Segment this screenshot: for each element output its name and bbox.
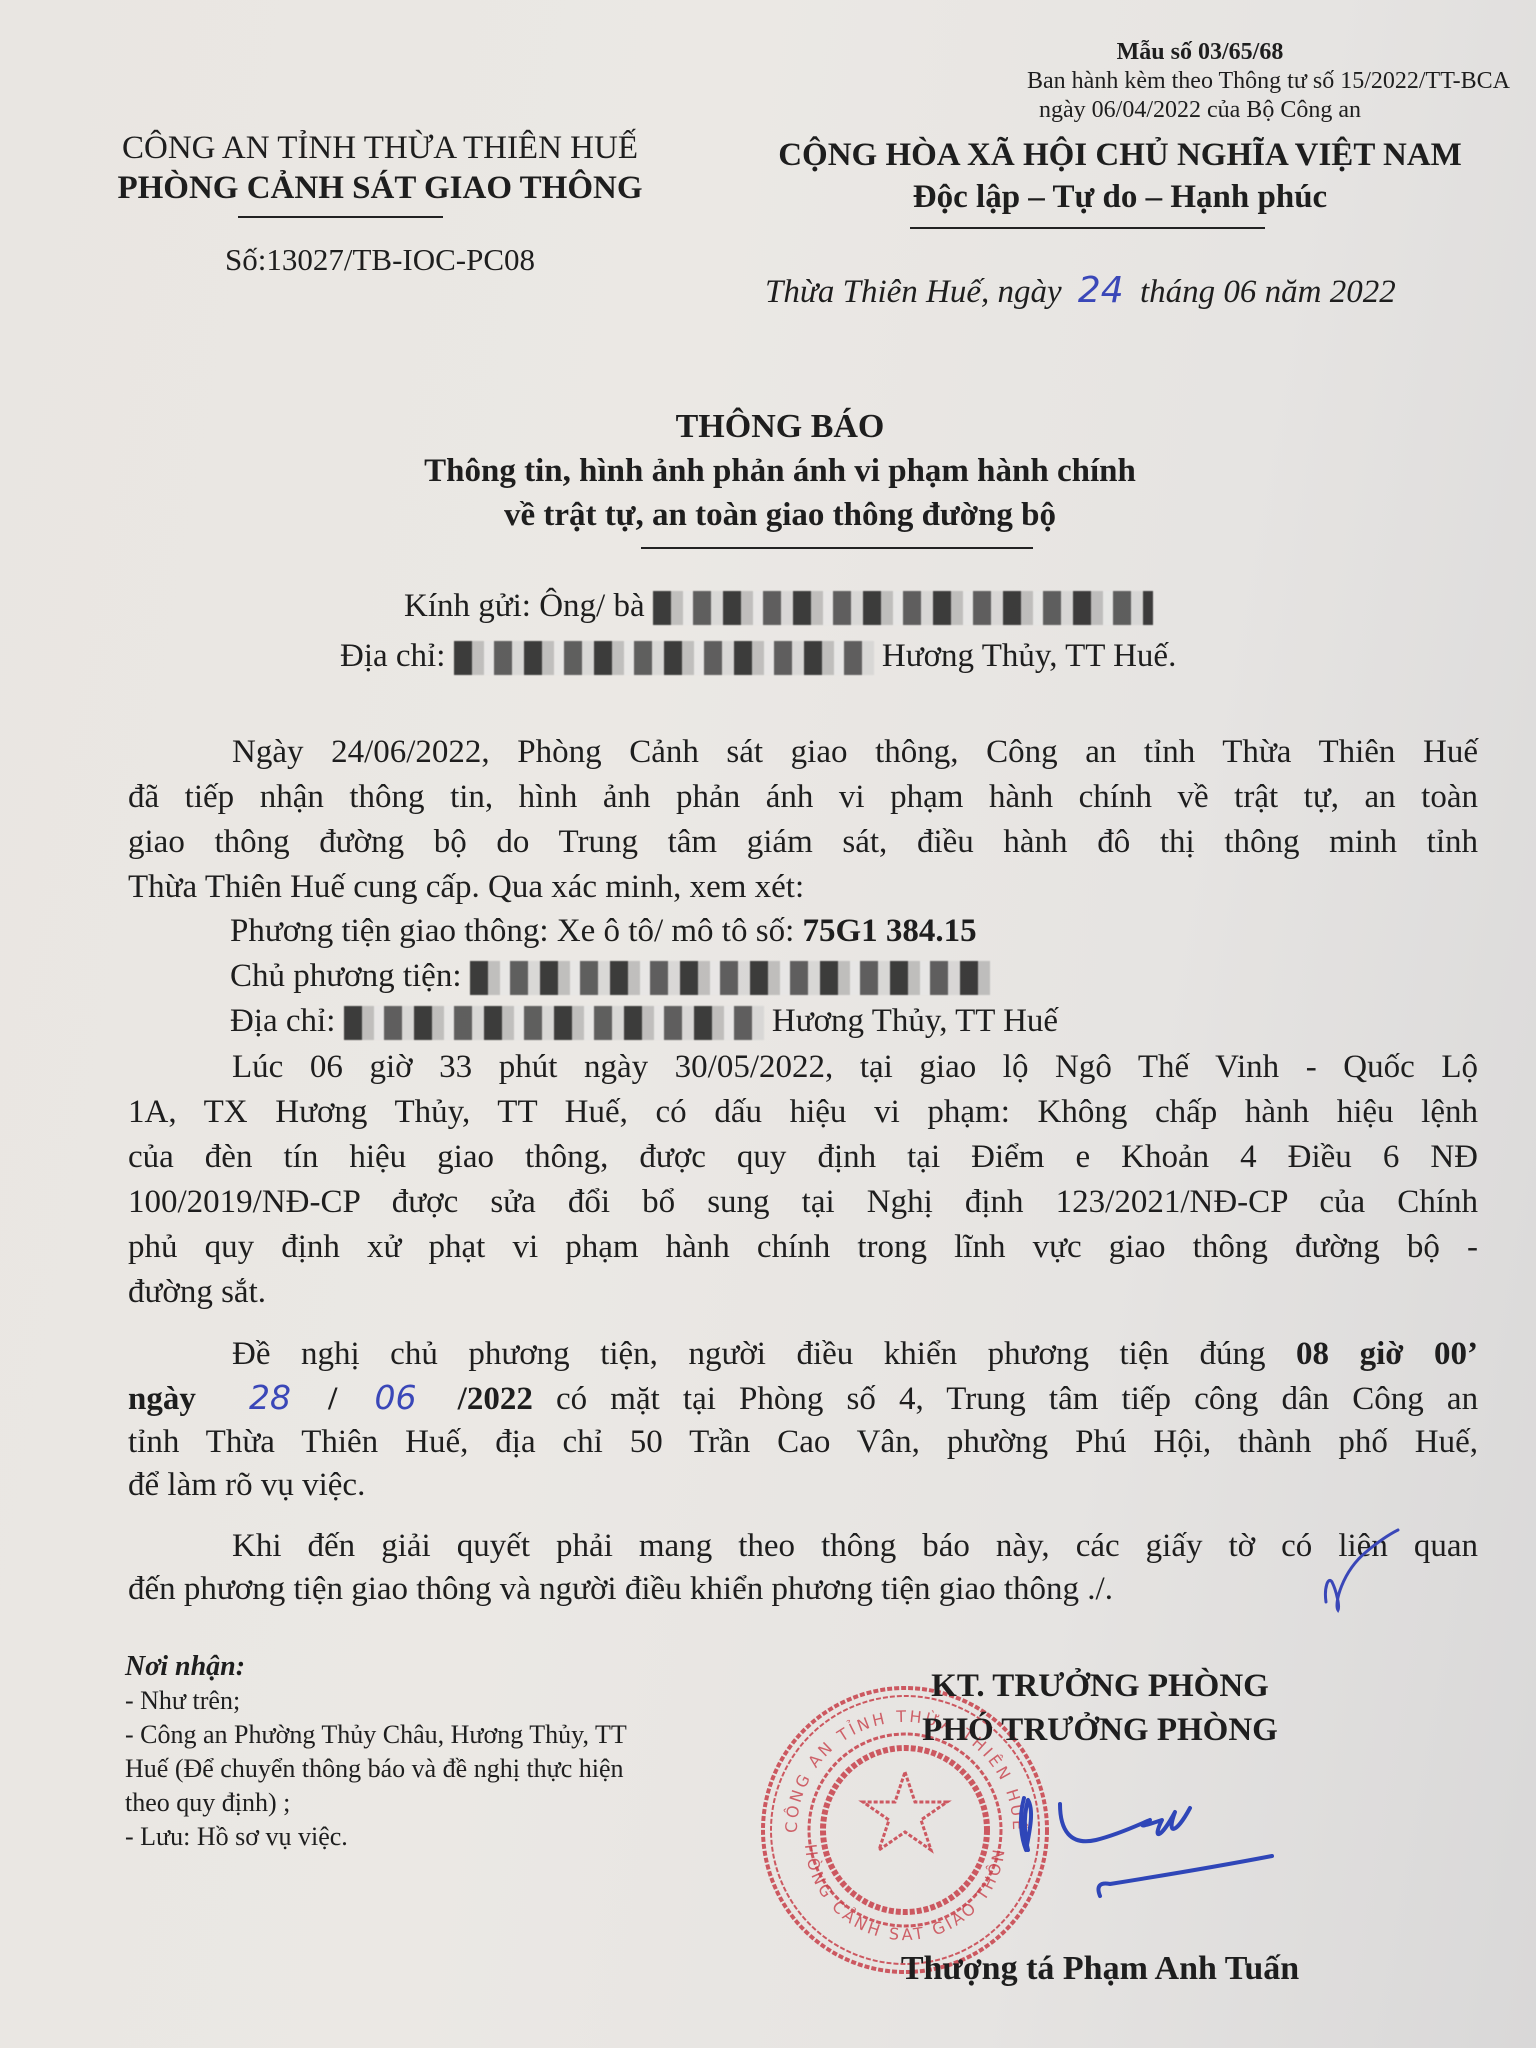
request-time: 08 giờ 00’	[1296, 1336, 1478, 1372]
handwritten-check-mark	[1320, 1510, 1400, 1620]
closing-line: Khi đến giải quyết phải mang theo thông …	[128, 1525, 1478, 1568]
handwritten-signature	[1000, 1790, 1320, 1910]
owner-line: Chủ phương tiện:	[230, 958, 990, 995]
recipient-address-label: Địa chỉ:	[340, 638, 445, 674]
place-date-suffix: tháng 06 năm 2022	[1140, 274, 1396, 310]
agency-name: CÔNG AN TỈNH THỪA THIÊN HUẾ	[80, 128, 680, 168]
request-year: /2022	[458, 1381, 533, 1417]
intro-line: giao thông đường bộ do Trung tâm giám sá…	[128, 820, 1478, 865]
issued-with: Ban hành kèm theo Thông tư số 15/2022/TT…	[890, 67, 1510, 96]
department-underline	[238, 216, 443, 218]
recipient-item: - Như trên;	[125, 1684, 765, 1718]
request-line1: Đề nghị chủ phương tiện, người điều khiể…	[232, 1336, 1266, 1372]
owner-address-label: Địa chỉ:	[230, 1003, 335, 1039]
recipient-item: - Lưu: Hồ sơ vụ việc.	[125, 1820, 765, 1854]
title-sub1: Thông tin, hình ảnh phản ánh vi phạm hàn…	[280, 449, 1280, 493]
redacted-recipient-name	[653, 591, 1153, 625]
recipient-item: Huế (Để chuyển thông báo và đề nghị thực…	[125, 1752, 765, 1786]
recipient-to-label: Kính gửi: Ông/ bà	[404, 588, 645, 624]
request-line: tỉnh Thừa Thiên Huế, địa chỉ 50 Trần Cao…	[128, 1421, 1478, 1464]
recipient-address: Địa chỉ: Hương Thủy, TT Huế.	[340, 638, 1176, 675]
violation-line: phủ quy định xử phạt vi phạm hành chính …	[128, 1225, 1478, 1270]
closing-line: đến phương tiện giao thông và người điều…	[128, 1568, 1478, 1611]
recipient-item: theo quy định) ;	[125, 1786, 765, 1820]
violation-line: 100/2019/NĐ-CP được sửa đổi bổ sung tại …	[128, 1180, 1478, 1225]
intro-line: đã tiếp nhận thông tin, hình ảnh phản án…	[128, 775, 1478, 820]
stamp-star-icon	[863, 1772, 947, 1850]
violation-line: đường sắt.	[128, 1270, 1478, 1315]
request-line: Đề nghị chủ phương tiện, người điều khiể…	[128, 1333, 1478, 1376]
owner-address-visible: Hương Thủy, TT Huế	[772, 1003, 1058, 1039]
redacted-owner-address	[344, 1006, 764, 1040]
intro-line: Thừa Thiên Huế cung cấp. Qua xác minh, x…	[128, 865, 1478, 910]
header-right: CỘNG HÒA XÃ HỘI CHỦ NGHĨA VIỆT NAM Độc l…	[710, 134, 1530, 218]
recipients-block: Nơi nhận: - Như trên; - Công an Phường T…	[125, 1650, 765, 1854]
violation-line: của đèn tín hiệu giao thông, được quy đị…	[128, 1135, 1478, 1180]
issued-date: ngày 06/04/2022 của Bộ Công an	[890, 96, 1510, 125]
title-block: THÔNG BÁO Thông tin, hình ảnh phản ánh v…	[280, 405, 1280, 537]
vehicle-label: Phương tiện giao thông: Xe ô tô/ mô tô s…	[230, 913, 794, 949]
request-sep: /	[328, 1381, 337, 1417]
department-name: PHÒNG CẢNH SÁT GIAO THÔNG	[80, 168, 680, 208]
signature-position: PHÓ TRƯỞNG PHÒNG	[860, 1708, 1340, 1752]
nation-name: CỘNG HÒA XÃ HỘI CHỦ NGHĨA VIỆT NAM	[710, 134, 1530, 176]
violation-line: Lúc 06 giờ 33 phút ngày 30/05/2022, tại …	[128, 1045, 1478, 1090]
form-info: Mẫu số 03/65/68 Ban hành kèm theo Thông …	[890, 38, 1510, 125]
motto-underline	[910, 227, 1265, 229]
place-date-day: 24	[1070, 270, 1132, 311]
redacted-owner-name	[470, 961, 990, 995]
owner-label: Chủ phương tiện:	[230, 958, 462, 994]
vehicle-plate: 75G1 384.15	[803, 913, 977, 949]
recipient-item: - Công an Phường Thủy Châu, Hương Thủy, …	[125, 1718, 765, 1752]
title-underline	[641, 547, 1033, 549]
owner-address-line: Địa chỉ: Hương Thủy, TT Huế	[230, 1003, 1058, 1040]
request-day: 28	[219, 1378, 305, 1417]
vehicle-line: Phương tiện giao thông: Xe ô tô/ mô tô s…	[230, 913, 977, 950]
place-date: Thừa Thiên Huế, ngày 24 tháng 06 năm 202…	[765, 270, 1396, 311]
title-sub2: về trật tự, an toàn giao thông đường bộ	[280, 493, 1280, 537]
place-date-prefix: Thừa Thiên Huế, ngày	[765, 274, 1062, 310]
doc-number: Số:13027/TB-IOC-PC08	[80, 242, 680, 278]
recipients-title: Nơi nhận:	[125, 1650, 765, 1684]
form-number: Mẫu số 03/65/68	[890, 38, 1510, 67]
violation-paragraph: Lúc 06 giờ 33 phút ngày 30/05/2022, tại …	[128, 1045, 1478, 1315]
redacted-recipient-address	[454, 641, 874, 675]
violation-line: 1A, TX Hương Thủy, TT Huế, có dấu hiệu v…	[128, 1090, 1478, 1135]
request-day-label: ngày	[128, 1381, 196, 1417]
request-line: ngày 28 / 06 /2022 có mặt tại Phòng số 4…	[128, 1376, 1478, 1421]
motto: Độc lập – Tự do – Hạnh phúc	[710, 176, 1530, 218]
request-line: để làm rõ vụ việc.	[128, 1464, 1478, 1507]
request-rest: có mặt tại Phòng số 4, Trung tâm tiếp cô…	[556, 1381, 1478, 1417]
signature-on-behalf: KT. TRƯỞNG PHÒNG	[860, 1664, 1340, 1708]
recipient-address-visible: Hương Thủy, TT Huế.	[882, 638, 1176, 674]
request-paragraph: Đề nghị chủ phương tiện, người điều khiể…	[128, 1333, 1478, 1507]
request-month: 06	[361, 1378, 435, 1417]
header-left: CÔNG AN TỈNH THỪA THIÊN HUẾ PHÒNG CẢNH S…	[80, 128, 680, 278]
title-main: THÔNG BÁO	[280, 405, 1280, 449]
closing-paragraph: Khi đến giải quyết phải mang theo thông …	[128, 1525, 1478, 1611]
intro-paragraph: Ngày 24/06/2022, Phòng Cảnh sát giao thô…	[128, 730, 1478, 910]
signature-block: KT. TRƯỞNG PHÒNG PHÓ TRƯỞNG PHÒNG	[860, 1664, 1340, 1752]
signer-name: Thượng tá Phạm Anh Tuấn	[840, 1950, 1360, 1988]
recipient-to: Kính gửi: Ông/ bà	[404, 588, 1153, 625]
intro-line: Ngày 24/06/2022, Phòng Cảnh sát giao thô…	[128, 730, 1478, 775]
